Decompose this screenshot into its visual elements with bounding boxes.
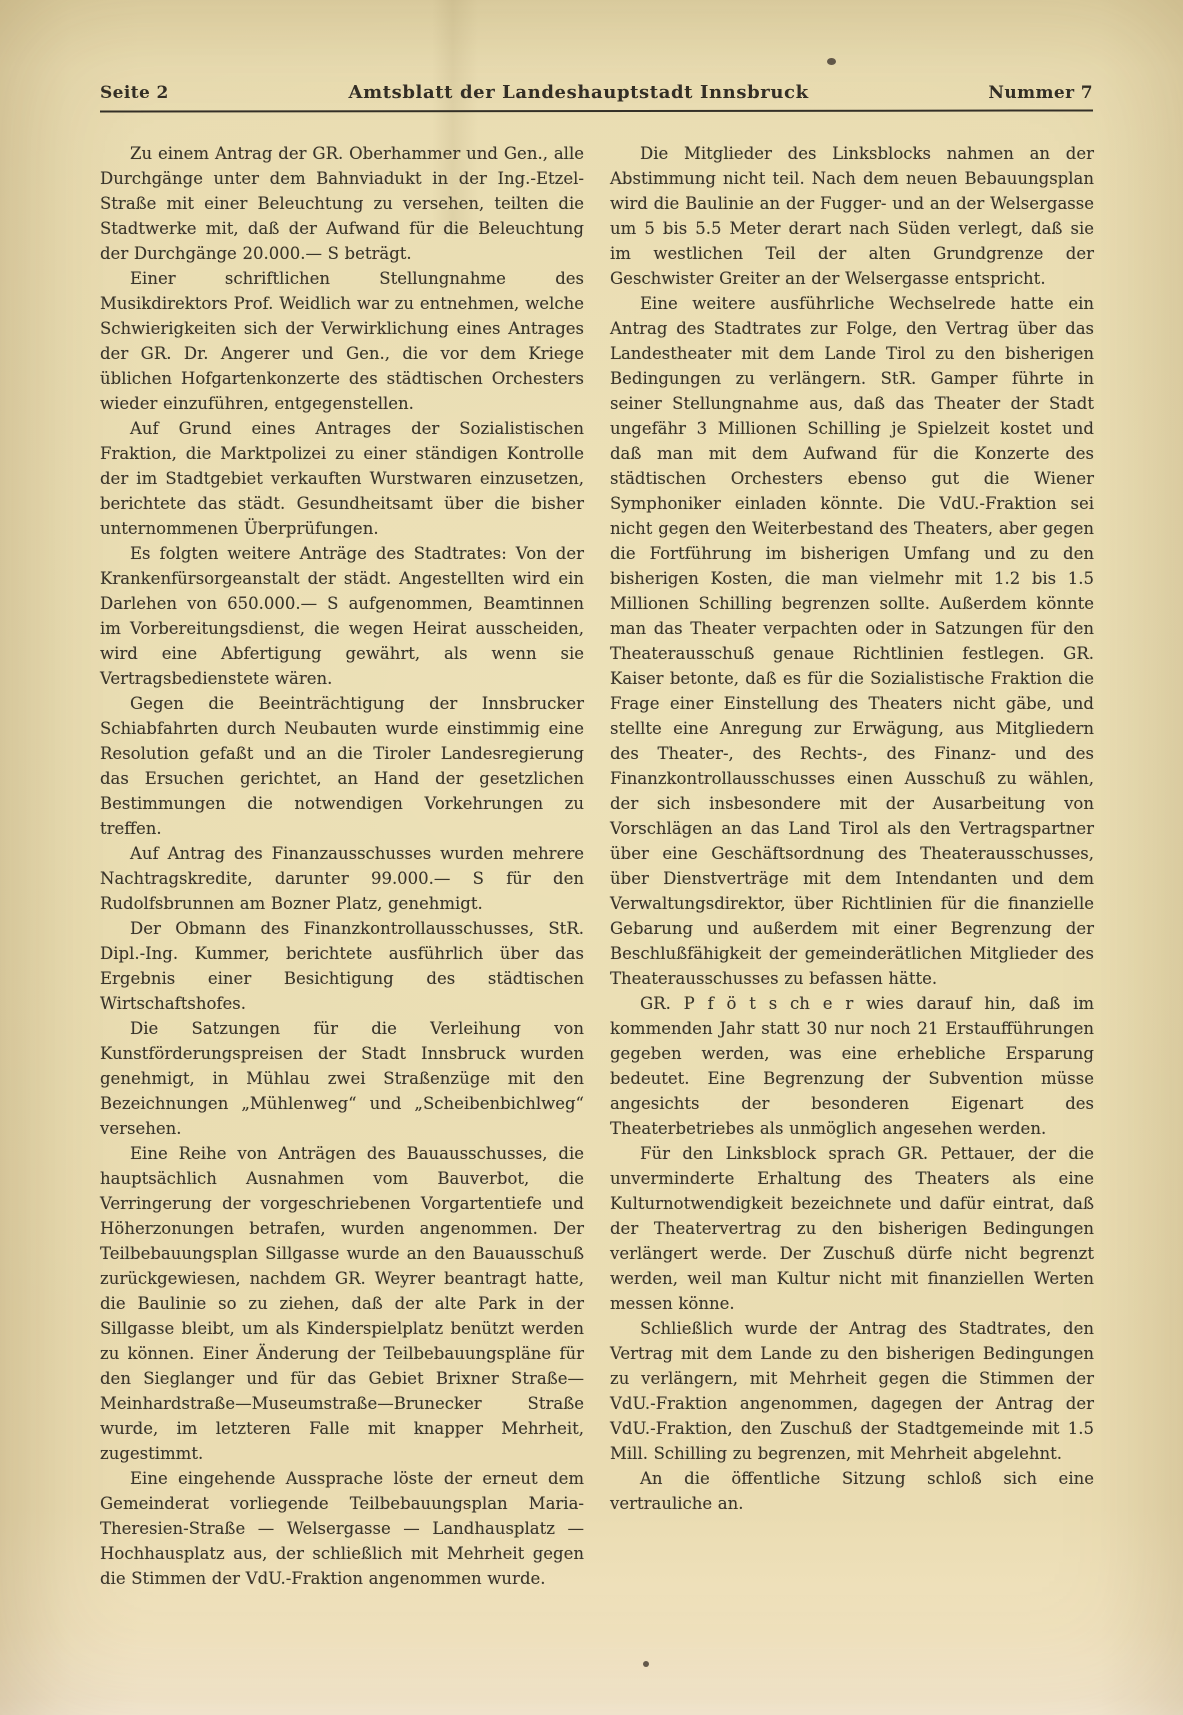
paragraph: Es folgten weitere Anträge des Stadtrate… — [100, 541, 584, 691]
paragraph: Der Obmann des Finanzkontrollausschusses… — [100, 916, 584, 1016]
article-body: Zu einem Antrag der GR. Oberhammer und G… — [100, 141, 1095, 1591]
paragraph: Eine Reihe von Anträgen des Bauausschuss… — [100, 1141, 584, 1466]
paragraph: Gegen die Beeinträchtigung der Innsbruck… — [100, 691, 584, 841]
paragraph: Eine eingehende Aussprache löste der ern… — [100, 1466, 584, 1591]
paragraph: An die öffentliche Sitzung schloß sich e… — [610, 1466, 1094, 1516]
left-column: Zu einem Antrag der GR. Oberhammer und G… — [100, 141, 584, 1591]
paragraph: Die Satzungen für die Verleihung von Kun… — [100, 1016, 584, 1141]
paragraph: Die Mitglieder des Linksblocks nahmen an… — [610, 141, 1094, 291]
paragraph: Eine weitere ausführliche Wechselrede ha… — [610, 291, 1094, 991]
paper-speck — [827, 58, 836, 65]
page-header: Seite 2 Amtsblatt der Landeshauptstadt I… — [100, 82, 1093, 103]
paragraph: Auf Antrag des Finanzausschusses wurden … — [100, 841, 584, 916]
issue-number-label: Nummer 7 — [988, 83, 1093, 103]
paragraph: Schließlich wurde der Antrag des Stadtra… — [610, 1316, 1094, 1466]
paper-speck — [643, 1661, 649, 1667]
paragraph: Zu einem Antrag der GR. Oberhammer und G… — [100, 141, 584, 266]
paragraph: Für den Linksblock sprach GR. Pettauer, … — [610, 1141, 1094, 1316]
header-rule — [100, 109, 1093, 112]
paragraph: GR. P f ö t s ch e r wies darauf hin, da… — [610, 991, 1094, 1141]
page-title: Amtsblatt der Landeshauptstadt Innsbruck — [349, 82, 809, 103]
paragraph: Einer schriftlichen Stellungnahme des Mu… — [100, 266, 584, 416]
scanned-gazette-page: Seite 2 Amtsblatt der Landeshauptstadt I… — [0, 0, 1183, 1715]
right-column: Die Mitglieder des Linksblocks nahmen an… — [610, 141, 1094, 1591]
paragraph: Auf Grund eines Antrages der Sozialistis… — [100, 416, 584, 541]
page-number-label: Seite 2 — [100, 83, 169, 103]
